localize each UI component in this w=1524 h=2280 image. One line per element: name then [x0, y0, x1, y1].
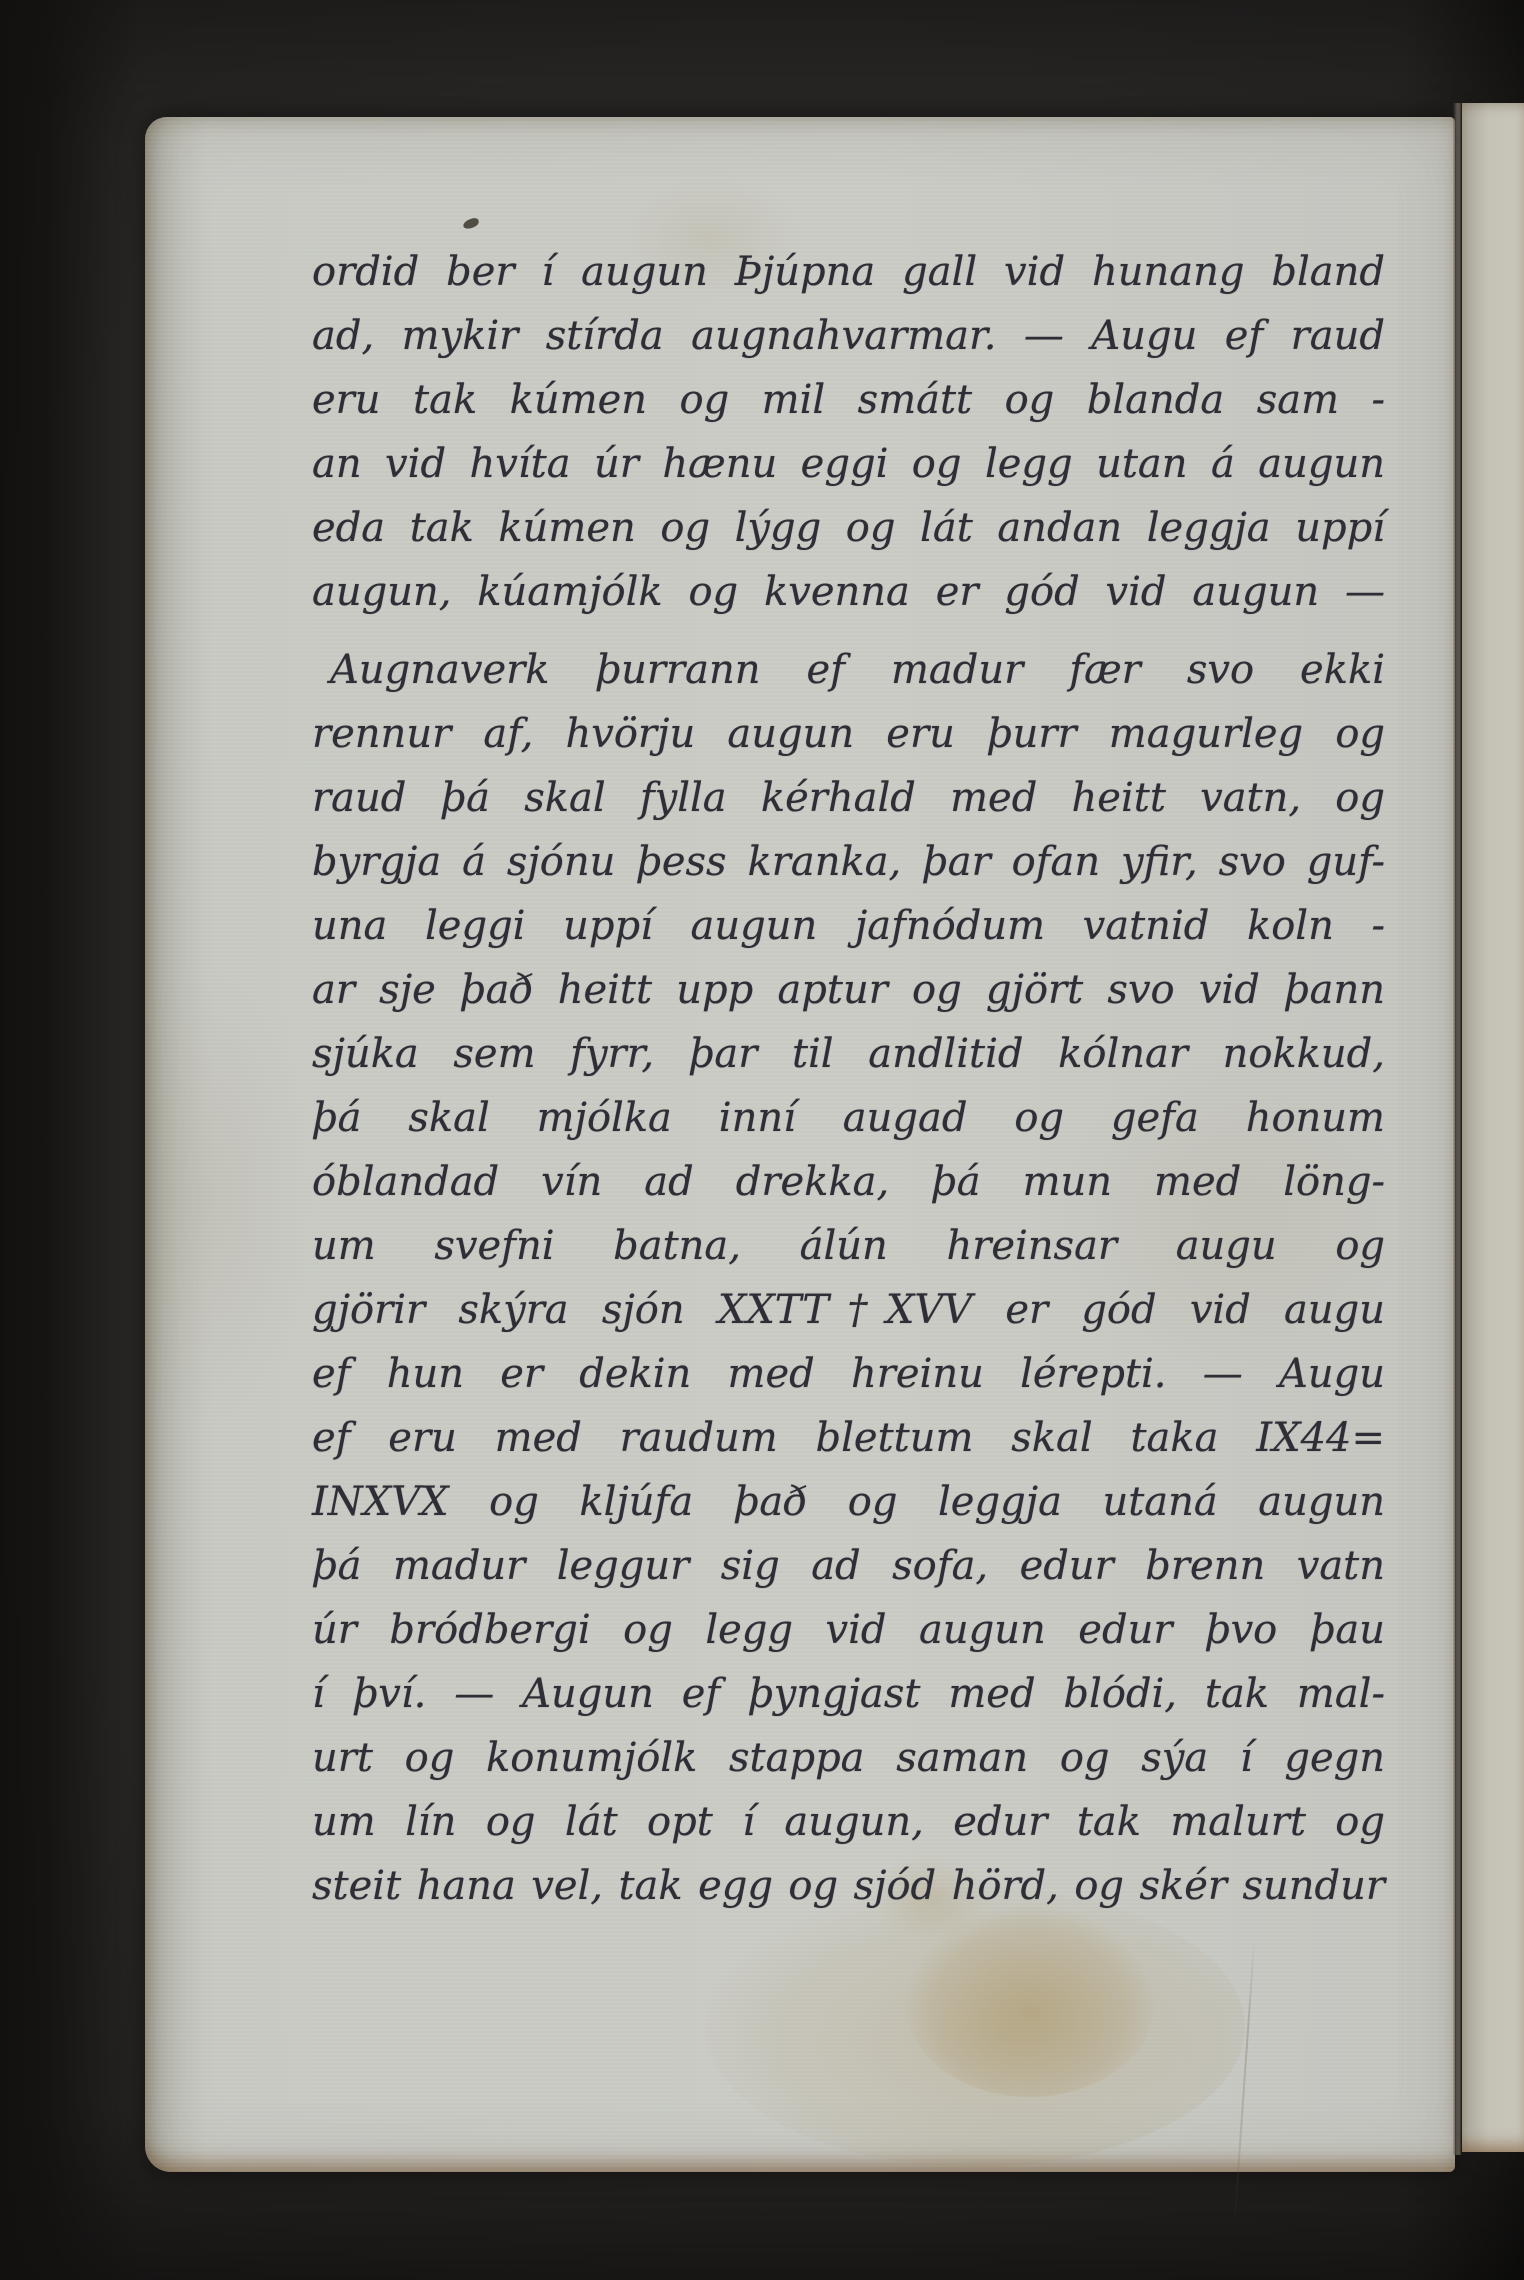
manuscript-line-21: þá madur leggur sig ad sofa, edur brenn … — [312, 1534, 1385, 1598]
manuscript-line-11: una leggi uppí augun jafnódum vatnid kol… — [312, 894, 1385, 958]
manuscript-line-19: ef eru med raudum blettum skal taka IX44… — [312, 1406, 1385, 1470]
manuscript-line-15: óblandad vín ad drekka, þá mun med löng- — [312, 1150, 1385, 1214]
manuscript-line-25: um lín og lát opt í augun, edur tak malu… — [312, 1790, 1385, 1854]
manuscript-line-26: steit hana vel, tak egg og sjód hörd, og… — [312, 1854, 1385, 1918]
paper-stain-large — [905, 1907, 1155, 2097]
manuscript-line-8: rennur af, hvörju augun eru þurr magurle… — [312, 702, 1385, 766]
manuscript-line-5: eda tak kúmen og lýgg og lát andan leggj… — [312, 496, 1385, 560]
photo-backdrop: ordid ber í augun Þjúpna gall vid hunang… — [0, 0, 1524, 2280]
manuscript-line-6: augun, kúamjólk og kvenna er gód vid aug… — [312, 560, 1385, 624]
manuscript-line-9: raud þá skal fylla kérhald med heitt vat… — [312, 766, 1385, 830]
manuscript-line-24: urt og konumjólk stappa saman og sýa í g… — [312, 1726, 1385, 1790]
manuscript-line-18: ef hun er dekin med hreinu lérepti. — Au… — [312, 1342, 1385, 1406]
manuscript-line-22: úr bródbergi og legg vid augun edur þvo … — [312, 1598, 1385, 1662]
paper-stain-wash — [705, 1887, 1245, 2167]
manuscript-line-3: eru tak kúmen og mil smátt og blanda sam… — [312, 368, 1385, 432]
manuscript-line-16: um svefni batna, álún hreinsar augu og — [312, 1214, 1385, 1278]
ink-speck — [462, 217, 480, 230]
manuscript-line-7: Augnaverk þurrann ef madur fær svo ekki — [312, 638, 1385, 702]
manuscript-line-1: ordid ber í augun Þjúpna gall vid hunang… — [312, 240, 1385, 304]
manuscript-line-12: ar sje það heitt upp aptur og gjört svo … — [312, 958, 1385, 1022]
handwritten-text: ordid ber í augun Þjúpna gall vid hunang… — [312, 240, 1385, 1918]
manuscript-page: ordid ber í augun Þjúpna gall vid hunang… — [145, 117, 1455, 2172]
manuscript-line-17: gjörir skýra sjón XXTT†XVV er gód vid au… — [312, 1278, 1385, 1342]
manuscript-line-13: sjúka sem fyrr, þar til andlitid kólnar … — [312, 1022, 1385, 1086]
manuscript-line-10: byrgja á sjónu þess kranka, þar ofan yfi… — [312, 830, 1385, 894]
binding-crease — [1453, 103, 1462, 2155]
manuscript-line-20: INXVX og kljúfa það og leggja utaná augu… — [312, 1470, 1385, 1534]
manuscript-line-14: þá skal mjólka inní augad og gefa honum — [312, 1086, 1385, 1150]
facing-page-edge — [1462, 103, 1524, 2152]
manuscript-line-23: í því. — Augun ef þyngjast med blódi, ta… — [312, 1662, 1385, 1726]
paper-scratch — [1233, 1937, 1256, 2236]
manuscript-line-4: an vid hvíta úr hænu eggi og legg utan á… — [312, 432, 1385, 496]
manuscript-line-2: ad, mykir stírda augnahvarmar. — Augu ef… — [312, 304, 1385, 368]
